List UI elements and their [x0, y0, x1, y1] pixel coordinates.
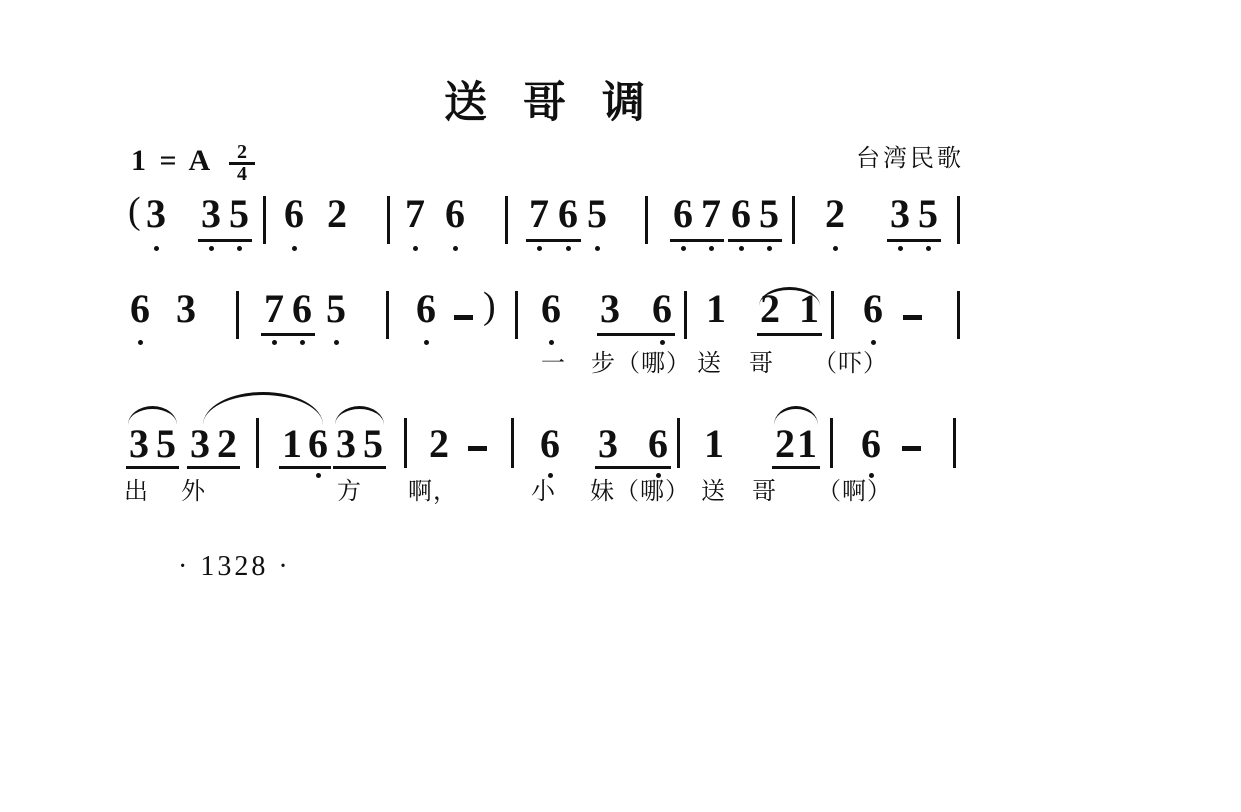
note-digit: 2	[825, 194, 845, 234]
low-octave-dot	[871, 340, 876, 345]
lyric-syllable: 妹（哪）	[590, 478, 690, 507]
score-line-3: 3532163526361216出外方啊，小妹（哪）送哥（啊）	[0, 390, 1241, 518]
low-octave-dot	[833, 246, 838, 251]
beam-line	[333, 466, 386, 469]
note-digit: 2	[217, 424, 237, 464]
note-digit: 1	[797, 424, 817, 464]
lyric-syllable: 步（哪）	[591, 350, 691, 379]
note-digit: 5	[759, 194, 779, 234]
barline	[792, 196, 795, 244]
beam-line	[887, 239, 941, 242]
note-digit: 6	[558, 194, 578, 234]
note-digit: 3	[598, 424, 618, 464]
note-digit: 3	[201, 194, 221, 234]
low-octave-dot	[549, 340, 554, 345]
duration-dash	[454, 315, 473, 320]
note-digit: 5	[363, 424, 383, 464]
lyric-syllable: 外	[181, 478, 206, 507]
parenthesis: )	[483, 287, 496, 327]
note-digit: 5	[918, 194, 938, 234]
duration-dash	[903, 315, 922, 320]
note-digit: 2	[327, 194, 347, 234]
note-digit: 6	[308, 424, 328, 464]
note-digit: 7	[405, 194, 425, 234]
note-digit: 2	[429, 424, 449, 464]
low-octave-dot	[898, 246, 903, 251]
sheet-music-page: 送哥调 1 = A 2 4 台湾民歌 (33562767656765235 63…	[0, 0, 1241, 812]
note-digit: 3	[190, 424, 210, 464]
note-digit: 3	[176, 289, 196, 329]
duration-dash	[468, 446, 487, 451]
low-octave-dot	[453, 246, 458, 251]
barline	[263, 196, 266, 244]
score-line-1: (33562767656765235	[0, 194, 1241, 276]
beam-line	[526, 239, 581, 242]
beam-line	[126, 466, 179, 469]
note-digit: 3	[600, 289, 620, 329]
low-octave-dot	[424, 340, 429, 345]
page-number: · 1328 ·	[178, 550, 291, 584]
lyric-syllable: （啊）	[817, 478, 892, 507]
lyric-syllable: 小	[531, 478, 556, 507]
lyric-syllable: 送	[697, 350, 722, 379]
low-octave-dot	[566, 246, 571, 251]
lyric-syllable: 出	[124, 478, 149, 507]
low-octave-dot	[300, 340, 305, 345]
barline	[404, 418, 407, 468]
note-digit: 5	[326, 289, 346, 329]
note-digit: 6	[731, 194, 751, 234]
low-octave-dot	[413, 246, 418, 251]
barline	[677, 418, 680, 468]
note-digit: 3	[146, 194, 166, 234]
beam-line	[187, 466, 240, 469]
barline	[957, 196, 960, 244]
barline	[515, 291, 518, 339]
beam-line	[670, 239, 724, 242]
note-digit: 5	[156, 424, 176, 464]
slur-arc	[774, 406, 818, 425]
low-octave-dot	[209, 246, 214, 251]
lyric-syllable: 啊，	[408, 478, 458, 507]
lyric-syllable: （吓）	[813, 350, 888, 379]
note-digit: 6	[292, 289, 312, 329]
slur-arc	[128, 406, 177, 425]
barline	[256, 418, 259, 468]
note-digit: 6	[130, 289, 150, 329]
lyric-syllable: 方	[337, 478, 362, 507]
low-octave-dot	[709, 246, 714, 251]
beam-line	[597, 333, 675, 336]
note-digit: 1	[704, 424, 724, 464]
note-digit: 6	[673, 194, 693, 234]
low-octave-dot	[739, 246, 744, 251]
note-digit: 3	[890, 194, 910, 234]
barline	[953, 418, 956, 468]
low-octave-dot	[681, 246, 686, 251]
note-digit: 5	[587, 194, 607, 234]
barline	[957, 291, 960, 339]
beam-line	[595, 466, 671, 469]
parenthesis: (	[128, 192, 141, 232]
lyric-syllable: 哥	[749, 350, 774, 379]
beam-line	[279, 466, 331, 469]
low-octave-dot	[272, 340, 277, 345]
barline	[830, 418, 833, 468]
note-digit: 1	[282, 424, 302, 464]
note-digit: 6	[861, 424, 881, 464]
low-octave-dot	[138, 340, 143, 345]
lyric-syllable: 一	[541, 350, 566, 379]
note-digit: 3	[336, 424, 356, 464]
barline	[386, 291, 389, 339]
low-octave-dot	[537, 246, 542, 251]
slur-arc	[335, 406, 384, 425]
beam-line	[757, 333, 822, 336]
low-octave-dot	[926, 246, 931, 251]
barline	[831, 291, 834, 339]
low-octave-dot	[767, 246, 772, 251]
beam-line	[728, 239, 782, 242]
beam-line	[772, 466, 820, 469]
barline	[511, 418, 514, 468]
note-digit: 3	[129, 424, 149, 464]
barline	[645, 196, 648, 244]
note-digit: 7	[529, 194, 549, 234]
note-digit: 6	[541, 289, 561, 329]
duration-dash	[902, 446, 921, 451]
phrase-slur-arc	[203, 392, 323, 425]
note-digit: 7	[701, 194, 721, 234]
barline	[684, 291, 687, 339]
note-digit: 6	[445, 194, 465, 234]
low-octave-dot	[316, 473, 321, 478]
barline	[505, 196, 508, 244]
note-digit: 5	[229, 194, 249, 234]
note-digit: 2	[775, 424, 795, 464]
note-digit: 1	[706, 289, 726, 329]
beam-line	[198, 239, 252, 242]
note-digit: 6	[648, 424, 668, 464]
beam-line	[261, 333, 315, 336]
low-octave-dot	[595, 246, 600, 251]
low-octave-dot	[660, 340, 665, 345]
note-digit: 6	[863, 289, 883, 329]
low-octave-dot	[334, 340, 339, 345]
lyric-syllable: 哥	[752, 478, 777, 507]
score: (33562767656765235 637656)6361216一步（哪）送哥…	[0, 0, 1241, 812]
note-digit: 6	[540, 424, 560, 464]
note-digit: 6	[416, 289, 436, 329]
note-digit: 7	[264, 289, 284, 329]
low-octave-dot	[154, 246, 159, 251]
lyric-syllable: 送	[701, 478, 726, 507]
note-digit: 6	[284, 194, 304, 234]
low-octave-dot	[237, 246, 242, 251]
low-octave-dot	[292, 246, 297, 251]
score-line-2: 637656)6361216一步（哪）送哥（吓）	[0, 289, 1241, 393]
barline	[387, 196, 390, 244]
barline	[236, 291, 239, 339]
note-digit: 6	[652, 289, 672, 329]
